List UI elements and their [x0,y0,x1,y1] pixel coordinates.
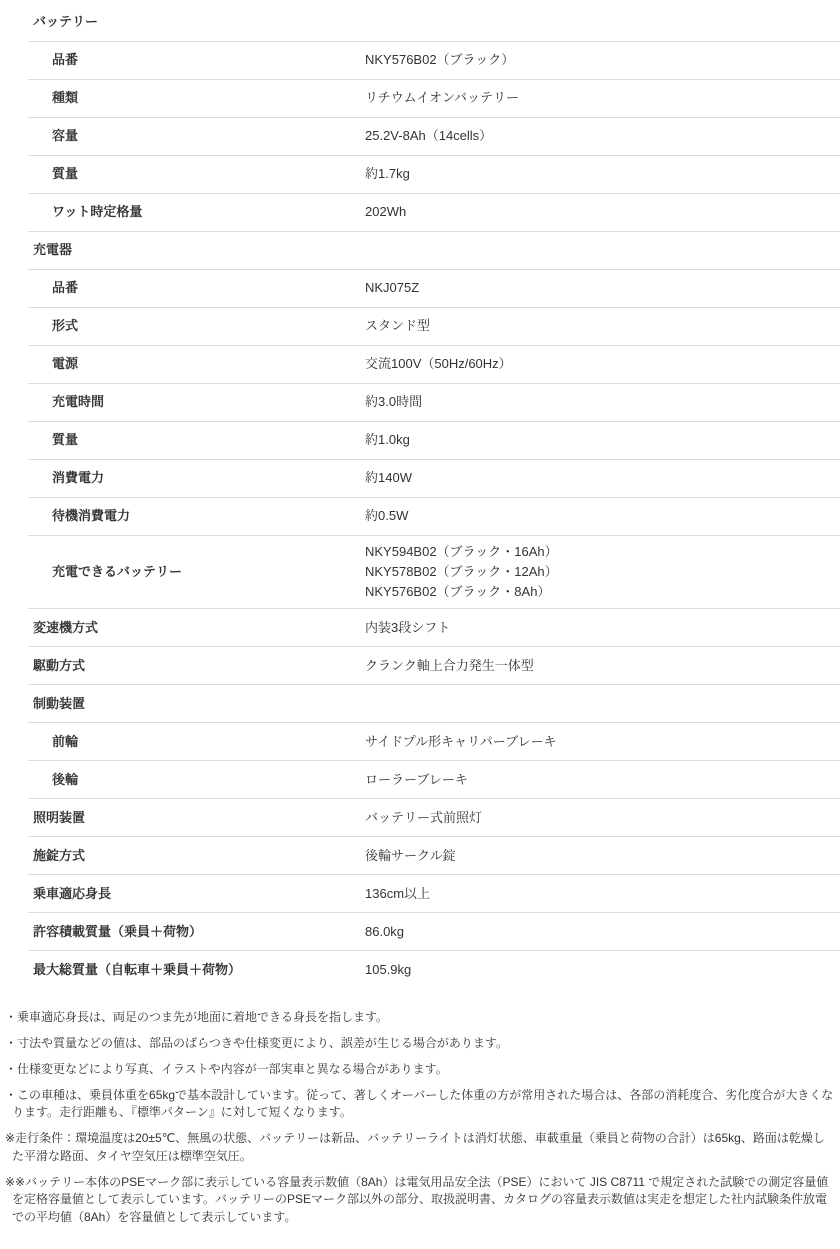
spec-label: 前輪 [28,727,365,758]
spec-value-line: 202Wh [365,202,406,222]
spec-label: 変速機方式 [28,613,365,644]
spec-row: 許容積載質量（乗員＋荷物） 86.0kg [28,913,840,951]
spec-value: 86.0kg [365,916,414,948]
spec-row: 電源 交流100V（50Hz/60Hz） [28,346,840,384]
spec-page: バッテリー 品番 NKY576B02（ブラック） 種類 リチウムイオンバッテリー… [0,0,840,1249]
footnote-item: ・乗車適応身長は、両足のつま先が地面に着地できる身長を指します。 [0,1009,834,1027]
spec-label: 施錠方式 [28,841,365,872]
footnote-text: 仕様変更などにより写真、イラストや内容が一部実車と異なる場合があります。 [17,1062,448,1076]
footnote-marker: ・ [5,1010,17,1024]
footnote-text: 走行条件：環境温度は20±5℃、無風の状態、バッテリーは新品、バッテリーライトは… [12,1131,825,1163]
spec-row: 品番 NKY576B02（ブラック） [28,42,840,80]
spec-value-line: リチウムイオンバッテリー [365,88,519,108]
spec-row: 変速機方式 内装3段シフト [28,609,840,647]
spec-value: リチウムイオンバッテリー [365,82,529,114]
spec-value-line: バッテリー式前照灯 [365,808,482,828]
spec-value: クランク軸上合力発生一体型 [365,650,544,682]
spec-row: 消費電力 約140W [28,460,840,498]
spec-value-line: NKJ075Z [365,278,419,298]
spec-label: 品番 [28,45,365,76]
footnote-marker: ※ [5,1131,15,1145]
spec-row: 質量 約1.7kg [28,156,840,194]
footnote-text: この車種は、乗員体重を65kgで基本設計しています。従って、著しくオーバーした体… [12,1088,833,1120]
spec-label: 待機消費電力 [28,501,365,532]
section-title: バッテリー [28,7,840,38]
footnote-item: ・寸法や質量などの値は、部品のばらつきや仕様変更により、誤差が生じる場合がありま… [0,1035,834,1053]
footnote-item: ・この車種は、乗員体重を65kgで基本設計しています。従って、著しくオーバーした… [0,1087,834,1123]
spec-label: 充電できるバッテリー [28,557,365,588]
spec-value: 内装3段シフト [365,612,460,644]
spec-value-line: NKY576B02（ブラック） [365,50,514,70]
spec-row: 容量 25.2V-8Ah（14cells） [28,118,840,156]
spec-value-line: NKY578B02（ブラック・12Ah） [365,562,558,582]
spec-row: 質量 約1.0kg [28,422,840,460]
spec-value: バッテリー式前照灯 [365,802,492,834]
spec-row: 形式 スタンド型 [28,308,840,346]
spec-value: 約1.7kg [365,158,420,190]
spec-label: 許容積載質量（乗員＋荷物） [28,917,365,948]
spec-label: ワット時定格量 [28,197,365,228]
spec-value: 後輪サークル錠 [365,840,466,872]
spec-value-line: 136cm以上 [365,884,430,904]
spec-row: 品番 NKJ075Z [28,270,840,308]
spec-label: 種類 [28,83,365,114]
footnote-text: バッテリー本体のPSEマーク部に表示している容量表示数値（8Ah）は電気用品安全… [12,1175,828,1225]
spec-value-line: 約1.0kg [365,430,410,450]
spec-label: 品番 [28,273,365,304]
spec-label: 最大総質量（自転車＋乗員＋荷物） [28,955,365,986]
spec-row: ワット時定格量 202Wh [28,194,840,232]
section-title: 充電器 [28,235,840,266]
footnotes: ・乗車適応身長は、両足のつま先が地面に着地できる身長を指します。 ・寸法や質量な… [0,1009,840,1249]
spec-label: 電源 [28,349,365,380]
footnote-text: 乗車適応身長は、両足のつま先が地面に着地できる身長を指します。 [17,1010,388,1024]
section-header-row: バッテリー [28,4,840,42]
spec-value-line: 約0.5W [365,506,408,526]
spec-label: 駆動方式 [28,651,365,682]
spec-value: サイドプル形キャリパーブレーキ [365,726,567,758]
spec-row: 照明装置 バッテリー式前照灯 [28,799,840,837]
spec-value: 105.9kg [365,954,421,986]
spec-value-line: 86.0kg [365,922,404,942]
spec-value-line: NKY576B02（ブラック・8Ah） [365,582,558,602]
spec-value-line: サイドプル形キャリパーブレーキ [365,732,557,752]
spec-row: 施錠方式 後輪サークル錠 [28,837,840,875]
spec-value-line: 約1.7kg [365,164,410,184]
spec-value: 約0.5W [365,500,418,532]
spec-value-line: 105.9kg [365,960,411,980]
spec-row: 充電時間 約3.0時間 [28,384,840,422]
section-title: 制動装置 [28,689,840,720]
spec-value-line: クランク軸上合力発生一体型 [365,656,534,676]
footnote-item: ※走行条件：環境温度は20±5℃、無風の状態、バッテリーは新品、バッテリーライト… [0,1130,834,1166]
spec-value-line: 交流100V（50Hz/60Hz） [365,354,512,374]
spec-row: 後輪 ローラーブレーキ [28,761,840,799]
section-header-row: 充電器 [28,232,840,270]
spec-value: 約140W [365,462,422,494]
spec-label: 充電時間 [28,387,365,418]
spec-label: 質量 [28,159,365,190]
spec-value-line: NKY594B02（ブラック・16Ah） [365,542,558,562]
spec-value-line: スタンド型 [365,316,430,336]
spec-value-line: 約3.0時間 [365,392,422,412]
spec-value: NKY576B02（ブラック） [365,44,524,76]
spec-label: 照明装置 [28,803,365,834]
spec-label: 形式 [28,311,365,342]
spec-value: NKJ075Z [365,272,429,304]
spec-row: 充電できるバッテリー NKY594B02（ブラック・16Ah）NKY578B02… [28,536,840,609]
spec-row: 待機消費電力 約0.5W [28,498,840,536]
spec-row: 種類 リチウムイオンバッテリー [28,80,840,118]
spec-row: 最大総質量（自転車＋乗員＋荷物） 105.9kg [28,951,840,989]
spec-label: 質量 [28,425,365,456]
footnote-marker: ・ [5,1062,17,1076]
spec-row: 前輪 サイドプル形キャリパーブレーキ [28,723,840,761]
spec-value: 約3.0時間 [365,386,432,418]
spec-value: 約1.0kg [365,424,420,456]
spec-value: 25.2V-8Ah（14cells） [365,120,502,152]
spec-value-line: 25.2V-8Ah（14cells） [365,126,492,146]
footnote-marker: ※※ [5,1175,25,1189]
section-header-row: 制動装置 [28,685,840,723]
spec-value: 202Wh [365,196,416,228]
spec-value-line: ローラーブレーキ [365,770,468,790]
spec-row: 駆動方式 クランク軸上合力発生一体型 [28,647,840,685]
spec-value: NKY594B02（ブラック・16Ah）NKY578B02（ブラック・12Ah）… [365,536,568,608]
spec-table: バッテリー 品番 NKY576B02（ブラック） 種類 リチウムイオンバッテリー… [28,4,840,989]
spec-value: スタンド型 [365,310,440,342]
footnote-text: 寸法や質量などの値は、部品のばらつきや仕様変更により、誤差が生じる場合があります… [17,1036,508,1050]
spec-value: 交流100V（50Hz/60Hz） [365,348,522,380]
spec-value-line: 内装3段シフト [365,618,450,638]
spec-label: 後輪 [28,765,365,796]
footnote-item: ※※バッテリー本体のPSEマーク部に表示している容量表示数値（8Ah）は電気用品… [0,1174,834,1227]
footnote-item: ・仕様変更などにより写真、イラストや内容が一部実車と異なる場合があります。 [0,1061,834,1079]
spec-row: 乗車適応身長 136cm以上 [28,875,840,913]
spec-value: ローラーブレーキ [365,764,478,796]
spec-value-line: 後輪サークル錠 [365,846,456,866]
footnote-marker: ・ [5,1036,17,1050]
spec-value: 136cm以上 [365,878,440,910]
spec-label: 乗車適応身長 [28,879,365,910]
spec-label: 消費電力 [28,463,365,494]
spec-label: 容量 [28,121,365,152]
footnote-marker: ・ [5,1088,17,1102]
spec-value-line: 約140W [365,468,412,488]
